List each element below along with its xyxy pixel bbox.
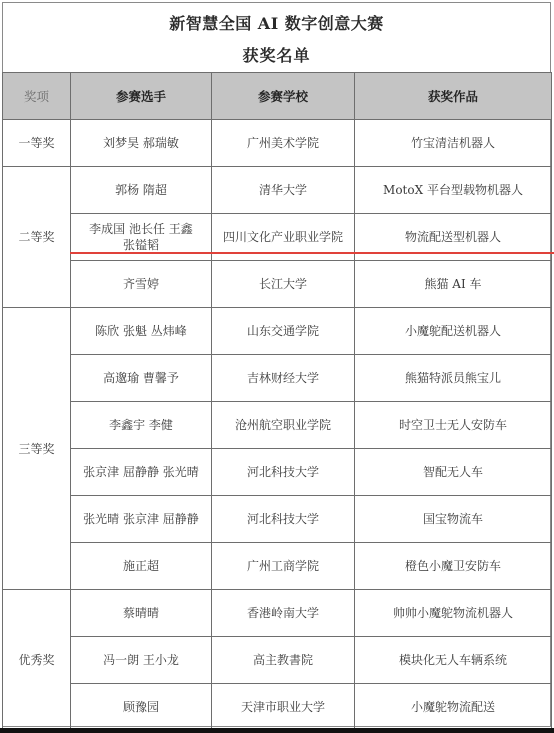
- bottom-edge-bar: [0, 728, 554, 733]
- participants-cell: 高邈瑜 曹馨予: [71, 355, 212, 402]
- school-cell: 广州美术学院: [212, 120, 355, 167]
- work-cell: 橙色小魔卫安防车: [355, 543, 552, 590]
- header-participants: 参赛选手: [71, 73, 212, 120]
- school-cell: 河北科技大学: [212, 449, 355, 496]
- award-label-excellent: 优秀奖: [3, 590, 71, 731]
- school-cell: 山东交通学院: [212, 308, 355, 355]
- participants-cell: 施正超: [71, 543, 212, 590]
- competition-title: 新智慧全国 AI 数字创意大赛: [3, 11, 550, 34]
- header-row: 奖项 参赛选手 参赛学校 获奖作品: [3, 73, 552, 120]
- award-list-document: 新智慧全国 AI 数字创意大赛 获奖名单 奖项 参赛选手 参赛学校 获奖作品 一…: [2, 2, 551, 727]
- participants-cell: 郭杨 隋超: [71, 167, 212, 214]
- table-row: 一等奖 刘梦昊 郝瑞敏 广州美术学院 竹宝清洁机器人: [3, 120, 552, 167]
- table-row: 顾豫园 天津市职业大学 小魔鸵物流配送: [3, 684, 552, 731]
- red-annotation-line: [70, 252, 554, 254]
- table-row: 张光晴 张京津 屈静静 河北科技大学 国宝物流车: [3, 496, 552, 543]
- school-cell: 天津市职业大学: [212, 684, 355, 731]
- participants-cell: 顾豫园: [71, 684, 212, 731]
- list-title: 获奖名单: [3, 43, 550, 66]
- header-school: 参赛学校: [212, 73, 355, 120]
- work-cell: 时空卫士无人安防车: [355, 402, 552, 449]
- participants-cell: 李鑫宇 李健: [71, 402, 212, 449]
- school-cell: 吉林财经大学: [212, 355, 355, 402]
- school-cell: 广州工商学院: [212, 543, 355, 590]
- award-label-first: 一等奖: [3, 120, 71, 167]
- award-label-third: 三等奖: [3, 308, 71, 590]
- work-cell: 熊猫特派员熊宝儿: [355, 355, 552, 402]
- table-row: 优秀奖 蔡晴晴 香港岭南大学 帅帅小魔鸵物流机器人: [3, 590, 552, 637]
- table-row: 冯一朗 王小龙 高主教書院 模块化无人车辆系统: [3, 637, 552, 684]
- awards-table: 奖项 参赛选手 参赛学校 获奖作品 一等奖 刘梦昊 郝瑞敏 广州美术学院 竹宝清…: [2, 72, 552, 731]
- header-award: 奖项: [3, 73, 71, 120]
- work-cell: 帅帅小魔鸵物流机器人: [355, 590, 552, 637]
- school-cell: 沧州航空职业学院: [212, 402, 355, 449]
- school-cell: 香港岭南大学: [212, 590, 355, 637]
- participants-cell: 张京津 屈静静 张光晴: [71, 449, 212, 496]
- table-row: 齐雪婷 长江大学 熊猫 AI 车: [3, 261, 552, 308]
- table-row: 三等奖 陈欣 张魁 丛炜峰 山东交通学院 小魔鸵配送机器人: [3, 308, 552, 355]
- title-block: 新智慧全国 AI 数字创意大赛 获奖名单: [3, 3, 550, 73]
- participants-cell: 陈欣 张魁 丛炜峰: [71, 308, 212, 355]
- school-cell: 河北科技大学: [212, 496, 355, 543]
- participants-cell: 张光晴 张京津 屈静静: [71, 496, 212, 543]
- table-row: 高邈瑜 曹馨予 吉林财经大学 熊猫特派员熊宝儿: [3, 355, 552, 402]
- table-row: 二等奖 郭杨 隋超 清华大学 MotoX 平台型载物机器人: [3, 167, 552, 214]
- award-label-second: 二等奖: [3, 167, 71, 308]
- school-cell: 长江大学: [212, 261, 355, 308]
- header-work: 获奖作品: [355, 73, 552, 120]
- table-row: 李鑫宇 李健 沧州航空职业学院 时空卫士无人安防车: [3, 402, 552, 449]
- work-cell: 小魔鸵配送机器人: [355, 308, 552, 355]
- school-cell: 高主教書院: [212, 637, 355, 684]
- work-cell: 国宝物流车: [355, 496, 552, 543]
- participants-cell: 刘梦昊 郝瑞敏: [71, 120, 212, 167]
- participants-cell: 冯一朗 王小龙: [71, 637, 212, 684]
- table-row: 张京津 屈静静 张光晴 河北科技大学 智配无人车: [3, 449, 552, 496]
- participants-cell: 蔡晴晴: [71, 590, 212, 637]
- work-cell: 模块化无人车辆系统: [355, 637, 552, 684]
- work-cell: 熊猫 AI 车: [355, 261, 552, 308]
- work-cell: 小魔鸵物流配送: [355, 684, 552, 731]
- participants-cell: 齐雪婷: [71, 261, 212, 308]
- work-cell: 竹宝清洁机器人: [355, 120, 552, 167]
- table-row: 施正超 广州工商学院 橙色小魔卫安防车: [3, 543, 552, 590]
- work-cell: 智配无人车: [355, 449, 552, 496]
- work-cell: MotoX 平台型载物机器人: [355, 167, 552, 214]
- school-cell: 清华大学: [212, 167, 355, 214]
